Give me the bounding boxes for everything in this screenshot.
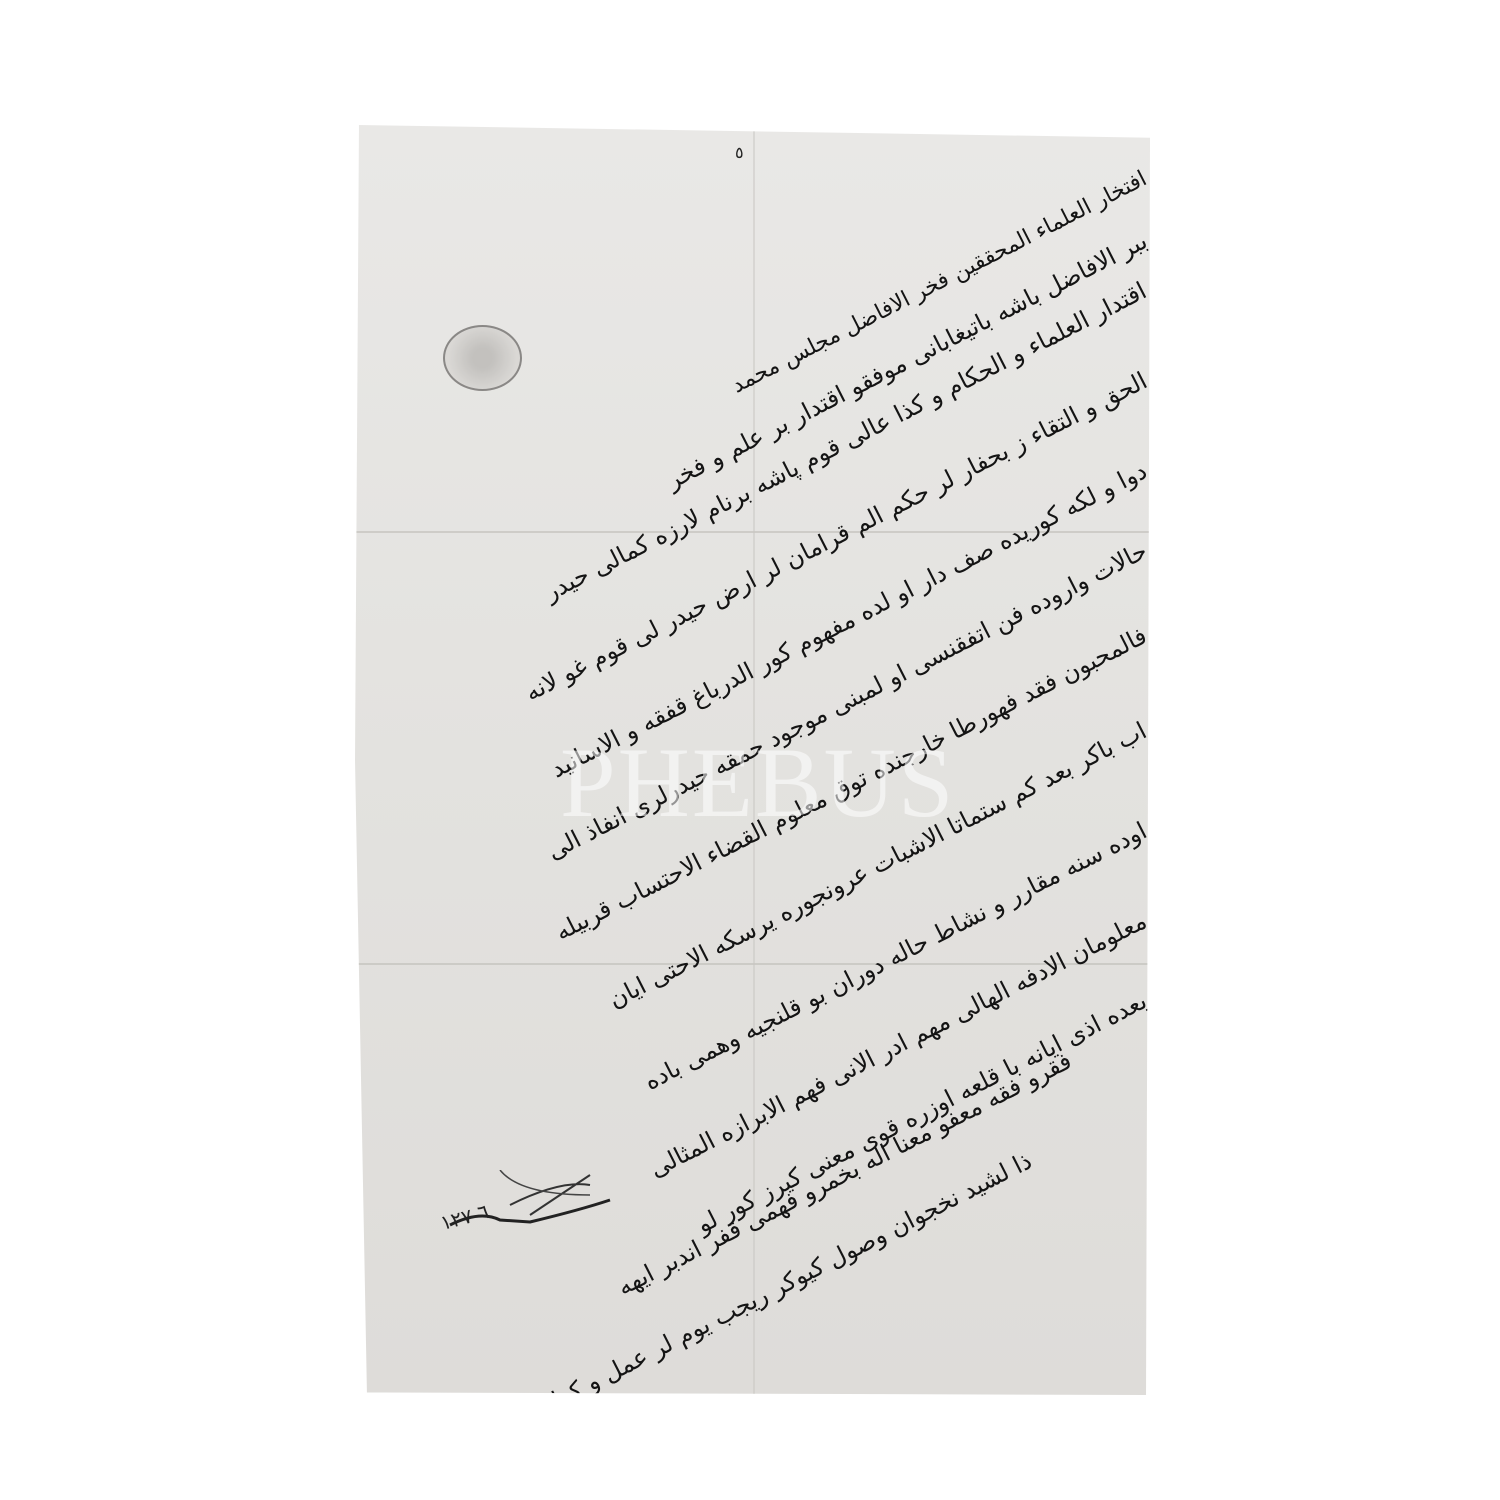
- page-number: ٥: [735, 143, 744, 162]
- text-line: الحق و التقاء ز بحفار لر حكم الم قرامان …: [520, 367, 1151, 707]
- text-line: ببر الافاضل باشه باتيغابانى موفقو اقتدار…: [662, 227, 1152, 495]
- seal-stamp-icon: [443, 325, 522, 391]
- watermark-text: PHEBUS: [560, 725, 955, 840]
